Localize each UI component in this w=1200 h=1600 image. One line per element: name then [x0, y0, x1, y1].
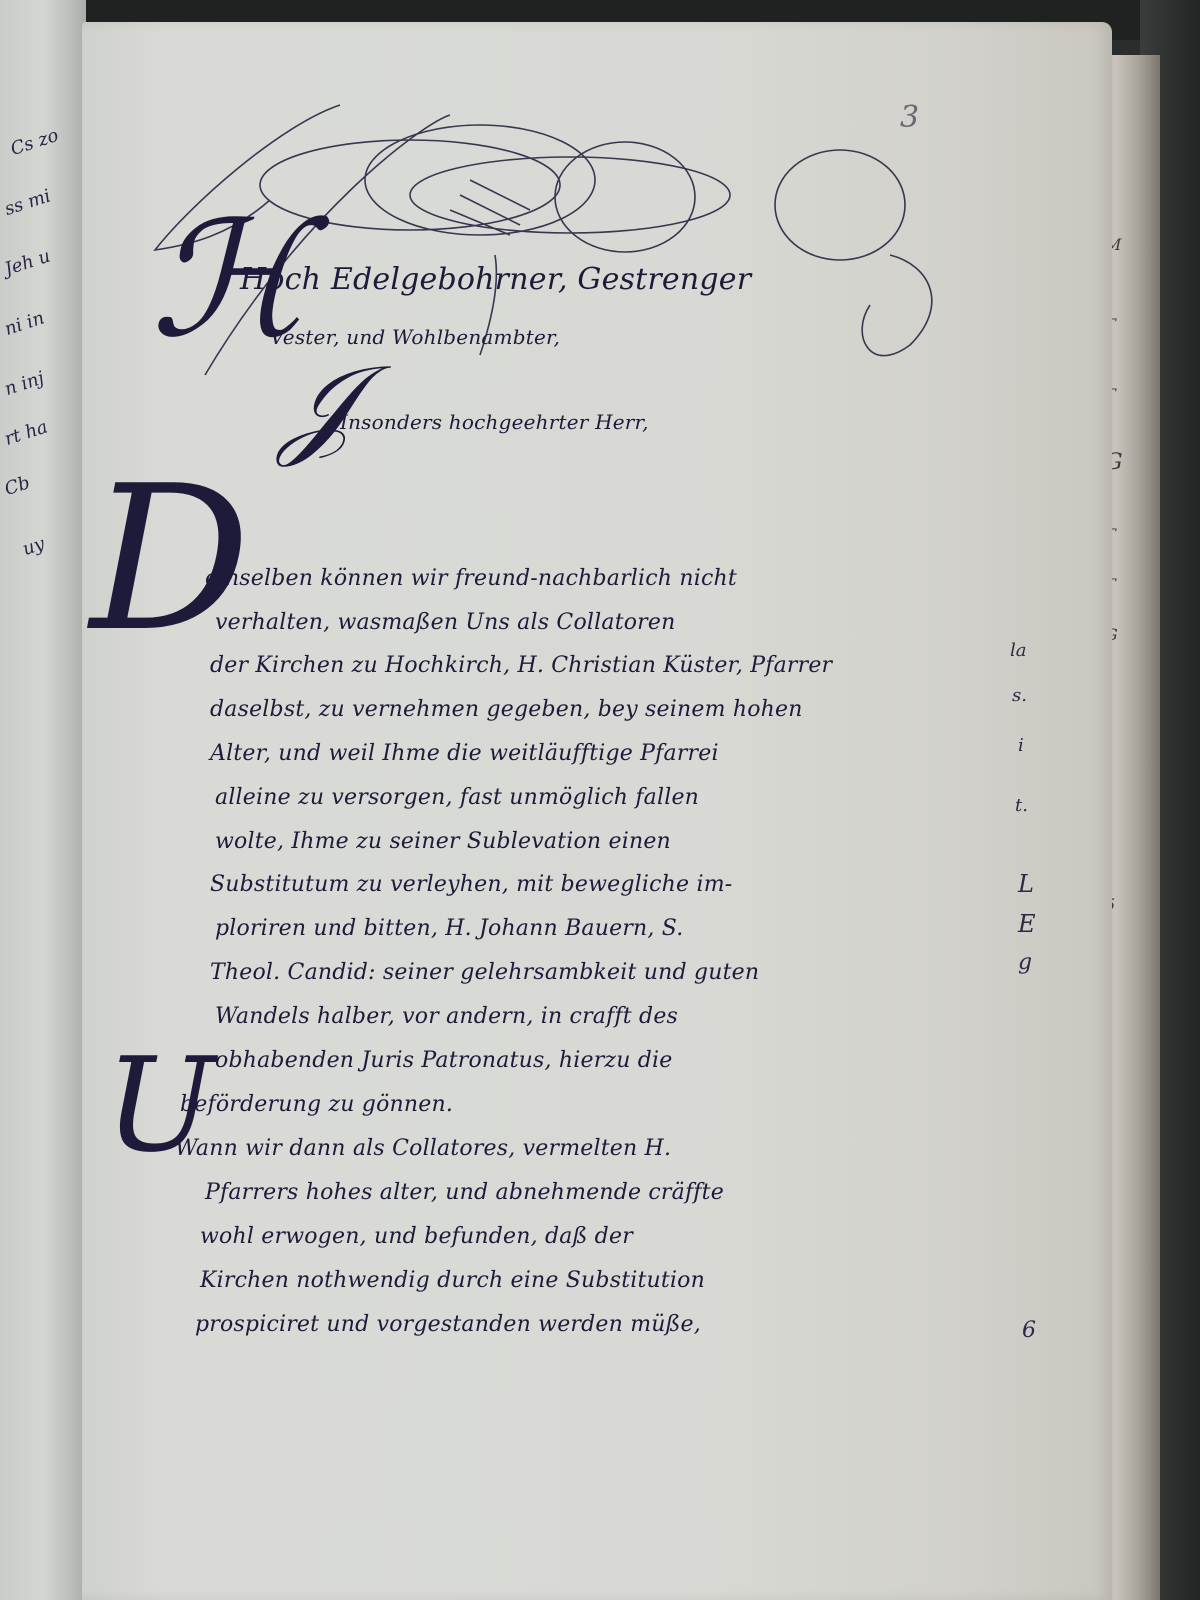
- text-line: prospiciret und vorgestanden werden müße…: [195, 1312, 701, 1337]
- text-line: Pfarrers hohes alter, und abnehmende crä…: [205, 1180, 724, 1205]
- left-page-fragment: ni in: [2, 308, 47, 340]
- text-line: daselbst, zu vernehmen gegeben, bey sein…: [210, 697, 803, 722]
- text-line: Substitutum zu verleyhen, mit bewegliche…: [210, 872, 732, 897]
- text-line: emselben können wir freund-nachbarlich n…: [205, 566, 737, 591]
- text-line: alleine zu versorgen, fast unmöglich fal…: [215, 785, 699, 810]
- margin-mark: la: [1010, 640, 1027, 661]
- margin-mark: E: [1018, 910, 1036, 938]
- margin-mark: s.: [1012, 685, 1027, 706]
- left-page-fragment: Cs zo: [8, 125, 61, 160]
- text-line: Kirchen nothwendig durch eine Substituti…: [200, 1268, 705, 1293]
- salutation-line-3: Insonders hochgeehrter Herr,: [340, 410, 649, 434]
- margin-mark: 6: [1022, 1318, 1036, 1343]
- margin-mark: L: [1018, 870, 1034, 898]
- left-page-fragment: rt ha: [2, 416, 50, 450]
- text-line: beförderung zu gönnen.: [180, 1092, 453, 1117]
- left-facing-page: Cs zo ss mi Jeh u ni in n inj rt ha Cb u…: [0, 0, 86, 1600]
- text-line: obhabenden Juris Patronatus, hierzu die: [215, 1048, 673, 1073]
- text-line: Wandels halber, vor andern, in crafft de…: [215, 1004, 678, 1029]
- text-line: Alter, und weil Ihme die weitläufftige P…: [210, 741, 719, 766]
- margin-mark: i: [1018, 735, 1024, 756]
- salutation-line-1: Hoch Edelgebohrner, Gestrenger: [240, 262, 751, 297]
- left-page-fragment: n inj: [2, 368, 47, 400]
- left-page-fragment: uy: [20, 533, 47, 560]
- left-page-fragment: Jeh u: [2, 246, 53, 280]
- text-line: wolte, Ihme zu seiner Sublevation einen: [215, 829, 671, 854]
- text-line: verhalten, wasmaßen Uns als Collatoren: [215, 610, 675, 635]
- initial-letter-i: 𝒥: [280, 350, 356, 460]
- text-line: Theol. Candid: seiner gelehrsambkeit und…: [210, 960, 759, 985]
- text-line: ploriren und bitten, H. Johann Bauern, S…: [215, 916, 683, 941]
- text-line: wohl erwogen, und befunden, daß der: [200, 1224, 633, 1249]
- text-line: Wann wir dann als Collatores, vermelten …: [175, 1136, 671, 1161]
- left-page-fragment: ss mi: [2, 185, 53, 220]
- left-page-fragment: Cb: [2, 472, 33, 500]
- margin-mark: t.: [1015, 795, 1028, 816]
- margin-mark: g: [1018, 950, 1032, 975]
- text-line: der Kirchen zu Hochkirch, H. Christian K…: [210, 653, 832, 678]
